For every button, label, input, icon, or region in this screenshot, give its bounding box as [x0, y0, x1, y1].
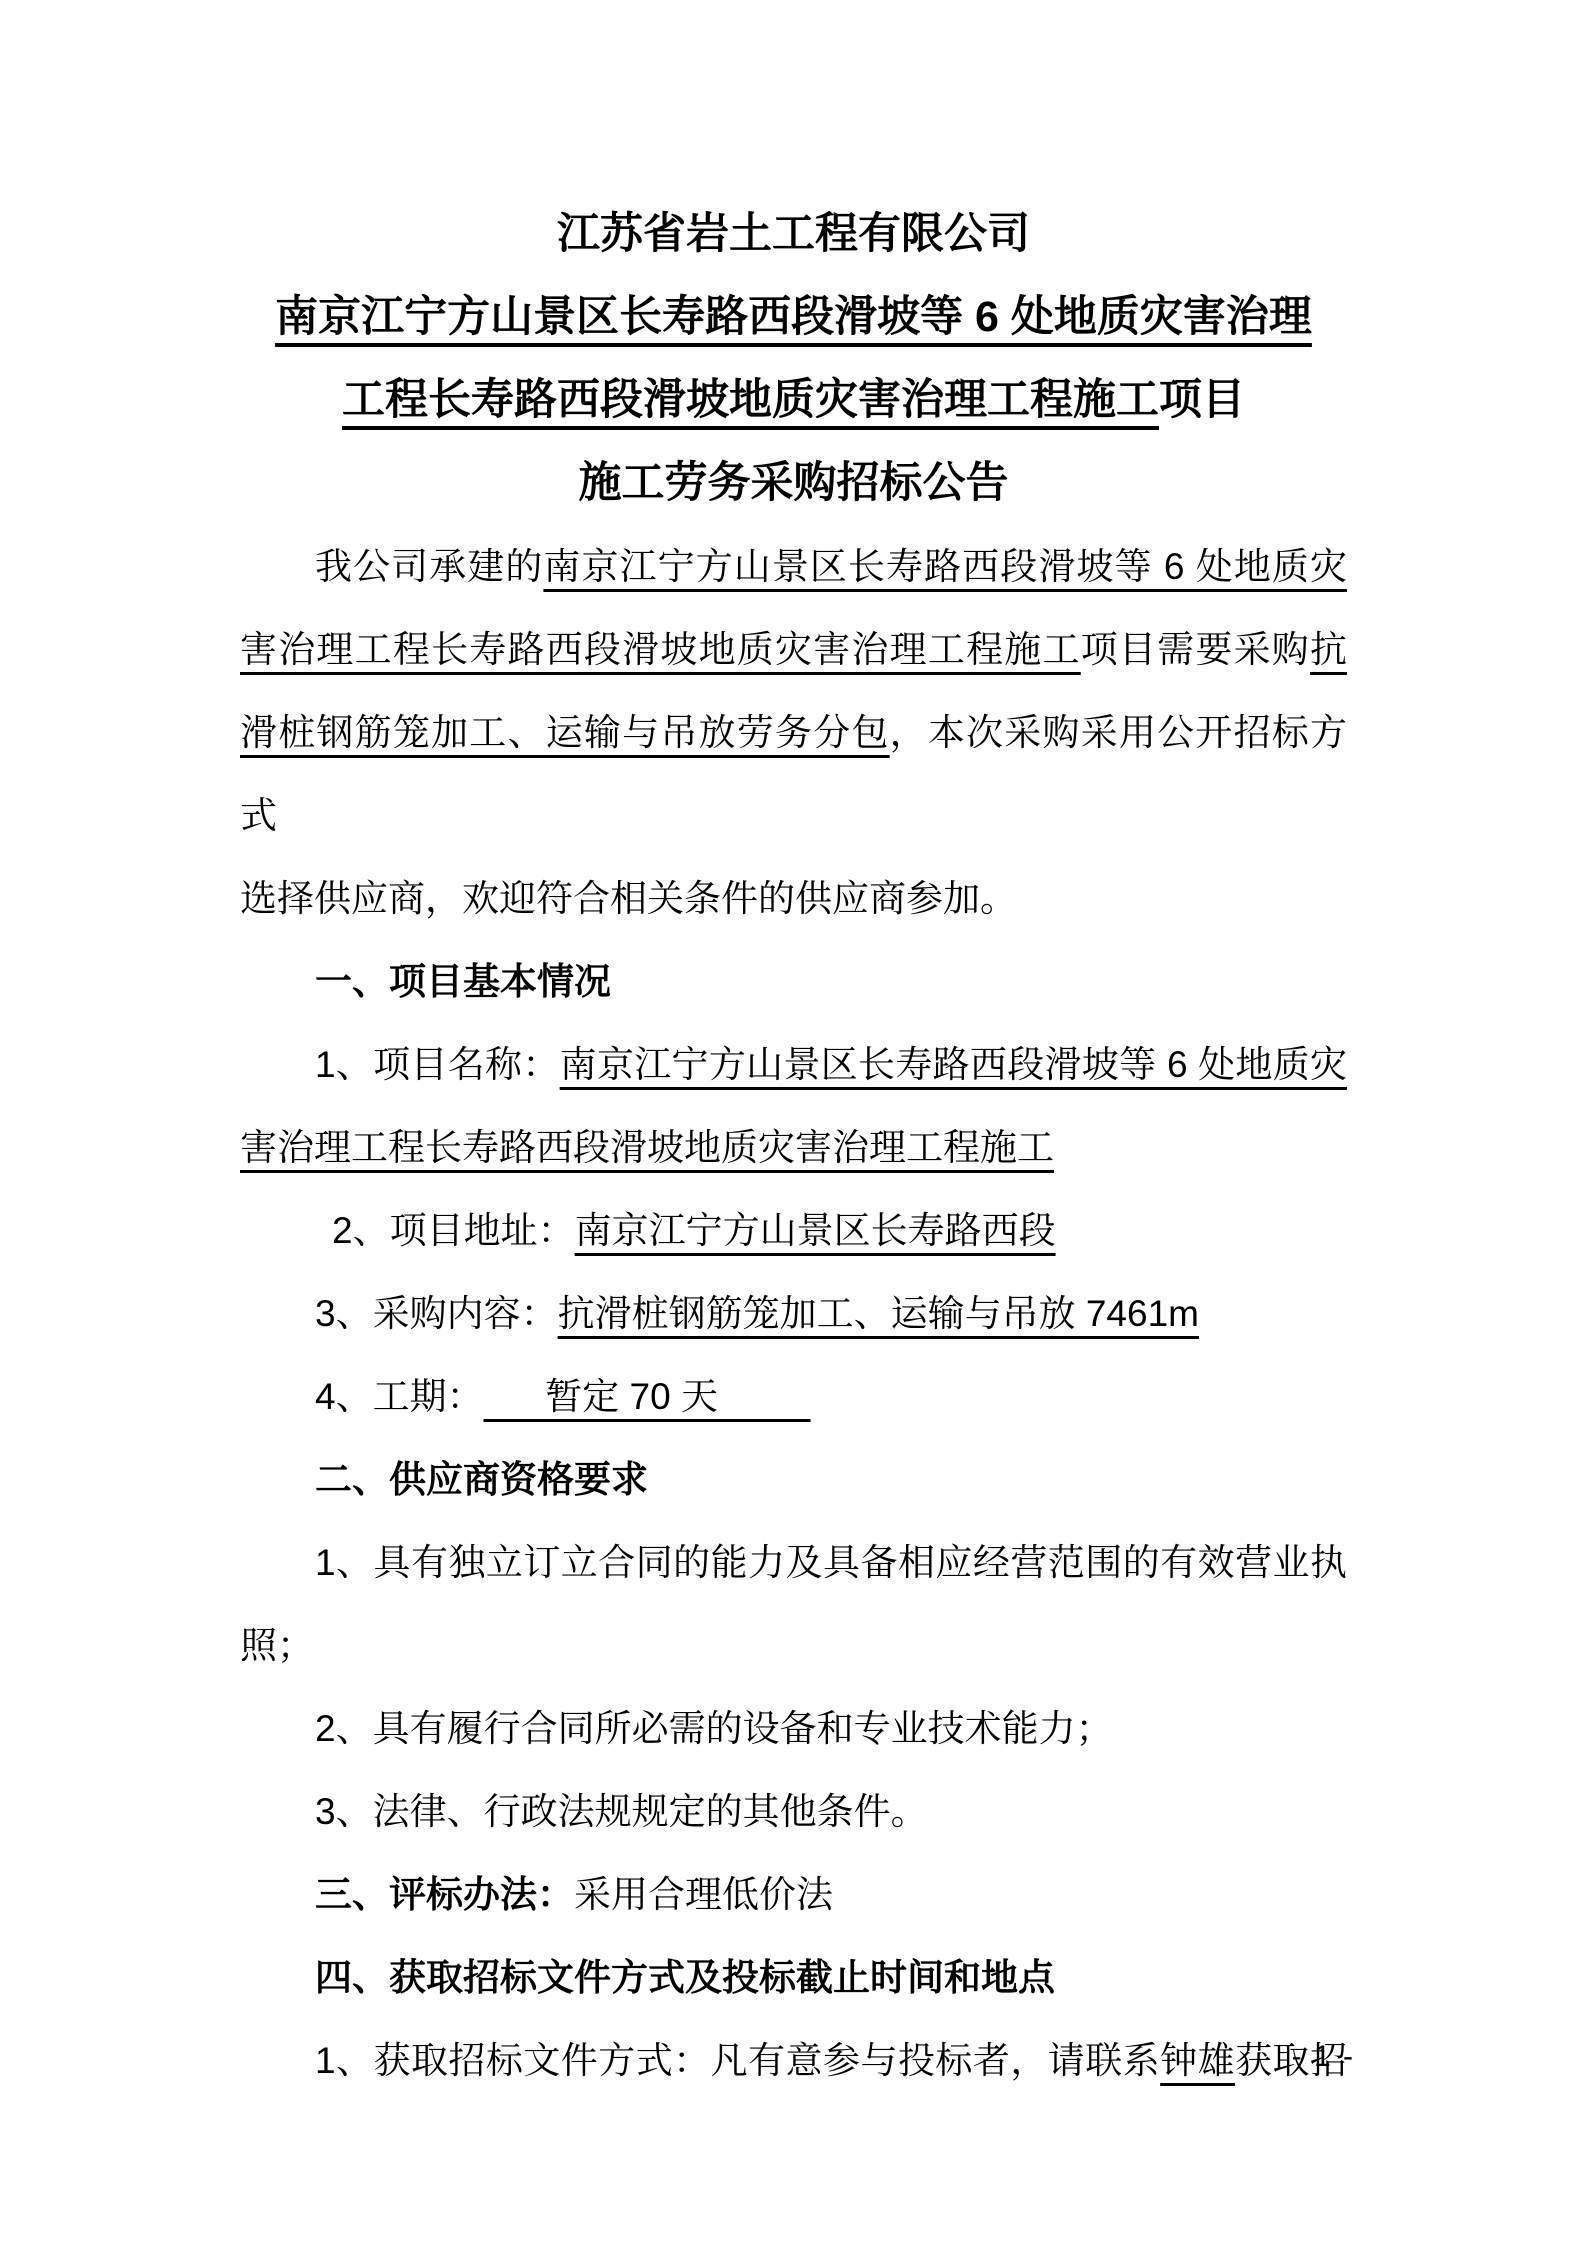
section1-item2: 2、项目地址：南京江宁方山景区长寿路西段	[240, 1189, 1347, 1272]
intro-line-1: 我公司承建的南京江宁方山景区长寿路西段滑坡等 6 处地质灾	[240, 525, 1347, 608]
section2-item1-line1: 1、具有独立订立合同的能力及具备相应经营范围的有效营业执	[240, 1521, 1347, 1604]
intro-line-2-mid: 项目需要采购	[1081, 629, 1310, 670]
section3-heading: 三、评标办法：	[315, 1874, 574, 1915]
intro-line-1-underlined: 南京江宁方山景区长寿路西段滑坡等 6 处地质灾	[543, 546, 1347, 587]
section4-heading: 四、获取招标文件方式及投标截止时间和地点	[240, 1936, 1347, 2019]
intro-line-4-text: 选择供应商，欢迎符合相关条件的供应商参加。	[240, 878, 1017, 919]
intro-line-3-underlined: 滑桩钢筋笼加工、运输与吊放劳务分包	[240, 712, 890, 753]
section1-item1-line2: 害治理工程长寿路西段滑坡地质灾害治理工程施工	[240, 1106, 1347, 1189]
section2-item1-line1-text: 1、具有独立订立合同的能力及具备相应经营范围的有效营业执	[315, 1542, 1347, 1583]
section1-item4-value: 暂定 70 天	[484, 1376, 811, 1417]
section2-item1-line2: 照；	[240, 1604, 1347, 1687]
section1-item3-label: 3、采购内容：	[315, 1293, 558, 1334]
section4-item1: 1、获取招标文件方式：凡有意参与投标者，请联系钟雄获取招	[240, 2019, 1347, 2102]
section1-item3-value: 抗滑桩钢筋笼加工、运输与吊放 7461m	[558, 1293, 1199, 1334]
document-page: 江苏省岩土工程有限公司 南京江宁方山景区长寿路西段滑坡等 6 处地质灾害治理 工…	[0, 0, 1587, 2245]
section2-heading: 二、供应商资格要求	[240, 1438, 1347, 1521]
section1-item1-line1: 1、项目名称：南京江宁方山景区长寿路西段滑坡等 6 处地质灾	[240, 1023, 1347, 1106]
section2-item3-text: 3、法律、行政法规规定的其他条件。	[315, 1791, 928, 1832]
section4-item1-pre: 1、获取招标文件方式：凡有意参与投标者，请联系	[315, 2040, 1160, 2081]
section2-item1-line2-text: 照；	[240, 1625, 314, 1666]
project-title-line1-text: 南京江宁方山景区长寿路西段滑坡等 6 处地质灾害治理	[275, 293, 1312, 341]
section2-item2: 2、具有履行合同所必需的设备和专业技术能力；	[240, 1687, 1347, 1770]
project-title-line2-underlined: 工程长寿路西段滑坡地质灾害治理工程施工	[342, 376, 1159, 424]
section3-text: 采用合理低价法	[574, 1874, 833, 1915]
project-title-line2: 工程长寿路西段滑坡地质灾害治理工程施工项目	[240, 359, 1347, 442]
company-title-text: 江苏省岩土工程有限公司	[557, 210, 1030, 258]
section1-item3: 3、采购内容：抗滑桩钢筋笼加工、运输与吊放 7461m	[240, 1272, 1347, 1355]
document-content: 江苏省岩土工程有限公司 南京江宁方山景区长寿路西段滑坡等 6 处地质灾害治理 工…	[240, 193, 1347, 2102]
company-title: 江苏省岩土工程有限公司	[240, 193, 1347, 276]
section4-heading-text: 四、获取招标文件方式及投标截止时间和地点	[315, 1957, 1055, 1998]
section1-item2-label: 2、项目地址：	[332, 1210, 575, 1251]
announcement-title-text: 施工劳务采购招标公告	[579, 459, 1009, 507]
announcement-title: 施工劳务采购招标公告	[240, 442, 1347, 525]
intro-line-2-underlined: 害治理工程长寿路西段滑坡地质灾害治理工程施工	[240, 629, 1081, 670]
section1-item4: 4、工期： 暂定 70 天	[240, 1355, 1347, 1438]
section2-item2-text: 2、具有履行合同所必需的设备和专业技术能力；	[315, 1708, 1113, 1749]
section1-item1-value-line2: 害治理工程长寿路西段滑坡地质灾害治理工程施工	[240, 1127, 1054, 1168]
document-body: 我公司承建的南京江宁方山景区长寿路西段滑坡等 6 处地质灾 害治理工程长寿路西段…	[240, 525, 1347, 2102]
intro-line-2-underlined-tail: 抗	[1310, 629, 1347, 670]
section2-heading-text: 二、供应商资格要求	[315, 1459, 648, 1500]
intro-line-1-pre: 我公司承建的	[315, 546, 543, 587]
section2-item3: 3、法律、行政法规规定的其他条件。	[240, 1770, 1347, 1853]
intro-line-3: 滑桩钢筋笼加工、运输与吊放劳务分包，本次采购采用公开招标方式	[240, 691, 1347, 857]
section1-item4-label: 4、工期：	[315, 1376, 484, 1417]
section1-heading: 一、项目基本情况	[240, 940, 1347, 1023]
section4-item1-underlined: 钟雄	[1160, 2040, 1235, 2081]
project-title-line2-rest: 项目	[1159, 376, 1245, 424]
section1-item1-label: 1、项目名称：	[315, 1044, 560, 1085]
intro-line-2: 害治理工程长寿路西段滑坡地质灾害治理工程施工项目需要采购抗	[240, 608, 1347, 691]
page-number: - 1 -	[1292, 2040, 1355, 2074]
section1-item2-value: 南京江宁方山景区长寿路西段	[575, 1210, 1056, 1251]
project-title-line1: 南京江宁方山景区长寿路西段滑坡等 6 处地质灾害治理	[240, 276, 1347, 359]
section1-heading-text: 一、项目基本情况	[315, 961, 611, 1002]
section3-line: 三、评标办法：采用合理低价法	[240, 1853, 1347, 1936]
section1-item1-value-line1: 南京江宁方山景区长寿路西段滑坡等 6 处地质灾	[560, 1044, 1347, 1085]
intro-line-4: 选择供应商，欢迎符合相关条件的供应商参加。	[240, 857, 1347, 940]
